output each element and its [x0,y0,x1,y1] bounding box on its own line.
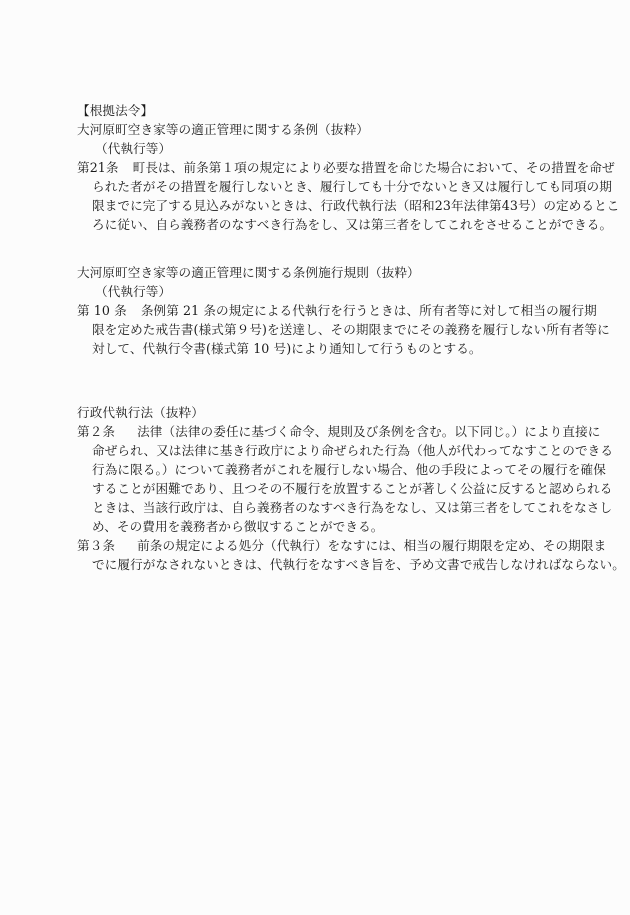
article-2-line-4: することが困難であり、且つその不履行を放置することが著しく公益に反すると認められ… [92,479,612,498]
article-21-line-1: 第21条町長は、前条第１項の規定により必要な措置を命じた場合において、その措置を… [77,158,615,177]
section-subtitle-rules: （代執行等） [95,282,171,301]
document-page: 【根拠法令】 大河原町空き家等の適正管理に関する条例（抜粋） （代執行等） 第2… [0,0,630,915]
article-2-line-3: 行為に限る。）について義務者がこれを履行しない場合、他の手段によってその履行を確… [92,460,606,479]
article-number: 第 10 条 [77,303,127,318]
section-title-ordinance: 大河原町空き家等の適正管理に関する条例（抜粋） [77,120,369,139]
article-number: 第３条 [77,538,115,553]
article-2-line-5: ときは、当該行政庁は、自ら義務者のなすべき行為をなし、又は第三者をしてこれをなさ… [92,498,612,517]
article-21-line-3: 限までに完了する見込みがないときは、行政代執行法（昭和23年法律第43号）の定め… [92,196,620,215]
article-2-line-1: 第２条法律（法律の委任に基づく命令、規則及び条例を含む。以下同じ。）により直接に [77,422,600,441]
section-title-act: 行政代執行法（抜粋） [77,403,204,422]
article-2-line-6: め、その費用を義務者から徴収することができる。 [92,517,383,536]
article-3-line-2: でに履行がなされないときは、代執行をなすべき旨を、予め文書で戒告しなければならな… [92,555,625,574]
article-number: 第２条 [77,424,115,439]
article-10-line-1: 第 10 条条例第 21 条の規定による代執行を行うときは、所有者等に対して相当… [77,301,597,320]
article-3-line-1: 第３条前条の規定による処分（代執行）をなすには、相当の履行期限を定め、その期限ま [77,536,606,555]
article-10-line-3: 対して、代執行令書(様式第 10 号)により通知して行うものとする。 [92,339,482,358]
article-text: 条例第 21 条の規定による代執行を行うときは、所有者等に対して相当の履行期 [141,303,597,318]
document-heading: 【根拠法令】 [77,101,153,120]
article-21-line-2: られた者がその措置を履行しないとき、履行しても十分でないとき又は履行しても同項の… [92,177,612,196]
section-title-rules: 大河原町空き家等の適正管理に関する条例施行規則（抜粋） [77,263,420,282]
article-21-line-4: ろに従い、自ら義務者のなすべき行為をし、又は第三者をしてこれをさせることができる… [92,215,612,234]
article-text: 法律（法律の委任に基づく命令、規則及び条例を含む。以下同じ。）により直接に [137,424,600,439]
section-subtitle-ordinance: （代執行等） [95,139,171,158]
article-number: 第21条 [77,160,119,175]
article-text: 町長は、前条第１項の規定により必要な措置を命じた場合において、その措置を命ぜ [133,160,615,175]
article-text: 前条の規定による処分（代執行）をなすには、相当の履行期限を定め、その期限ま [137,538,606,553]
article-10-line-2: 限を定めた戒告書(様式第９号)を送達し、その期限までにその義務を履行しない所有者… [92,320,610,339]
article-2-line-2: 命ぜられ、又は法律に基き行政庁により命ぜられた行為（他人が代わってなすことのでき… [92,441,613,460]
